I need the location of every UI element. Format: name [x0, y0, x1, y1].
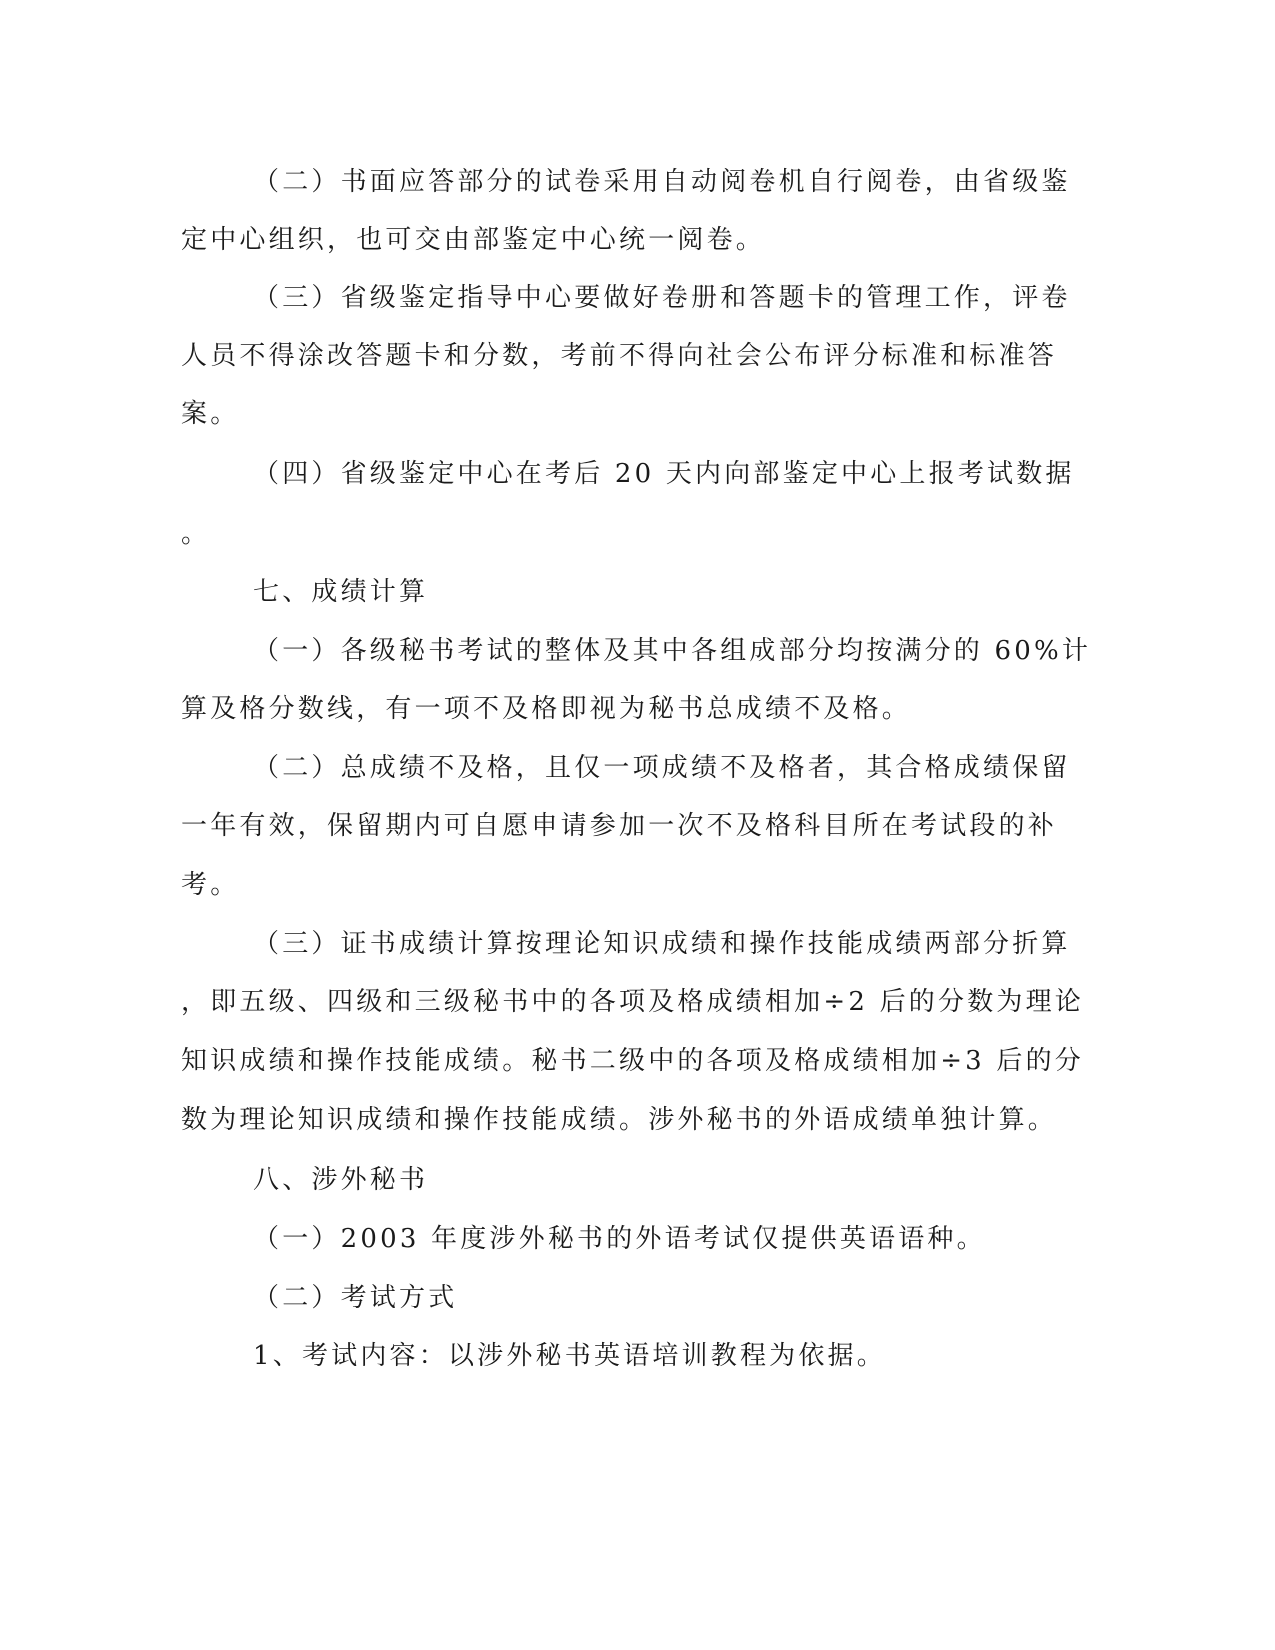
text-line: 定中心组织，也可交由部鉴定中心统一阅卷。 — [181, 220, 1026, 260]
text-line: （二）书面应答部分的试卷采用自动阅卷机自行阅卷，由省级鉴 — [253, 162, 1026, 202]
document-page: （二）书面应答部分的试卷采用自动阅卷机自行阅卷，由省级鉴 定中心组织，也可交由部… — [0, 0, 1275, 1650]
section-heading: 八、涉外秘书 — [253, 1160, 1026, 1200]
text-line: 人员不得涂改答题卡和分数，考前不得向社会公布评分标准和标准答 — [181, 336, 1026, 376]
text-line: ，即五级、四级和三级秘书中的各项及格成绩相加÷2 后的分数为理论 — [181, 982, 1026, 1022]
text-line: 数为理论知识成绩和操作技能成绩。涉外秘书的外语成绩单独计算。 — [181, 1100, 1026, 1140]
text-line: （二）总成绩不及格，且仅一项成绩不及格者，其合格成绩保留 — [253, 748, 1026, 788]
section-heading: 七、成绩计算 — [253, 572, 1026, 612]
text-line: 案。 — [181, 394, 1026, 434]
text-line: （三）证书成绩计算按理论知识成绩和操作技能成绩两部分折算 — [253, 924, 1026, 964]
subsection-heading: （二）考试方式 — [253, 1278, 1026, 1318]
text-line: （一）2003 年度涉外秘书的外语考试仅提供英语语种。 — [253, 1219, 1026, 1259]
text-line: （四）省级鉴定中心在考后 20 天内向部鉴定中心上报考试数据 — [253, 454, 1026, 494]
text-line: （一）各级秘书考试的整体及其中各组成部分均按满分的 60%计 — [253, 631, 1026, 671]
text-line: 算及格分数线，有一项不及格即视为秘书总成绩不及格。 — [181, 689, 1026, 729]
text-line: 1、考试内容：以涉外秘书英语培训教程为依据。 — [253, 1336, 1026, 1376]
text-line: 考。 — [181, 865, 1026, 905]
text-line: 。 — [181, 514, 1026, 554]
text-line: （三）省级鉴定指导中心要做好卷册和答题卡的管理工作，评卷 — [253, 278, 1026, 318]
text-line: 知识成绩和操作技能成绩。秘书二级中的各项及格成绩相加÷3 后的分 — [181, 1041, 1026, 1081]
text-line: 一年有效，保留期内可自愿申请参加一次不及格科目所在考试段的补 — [181, 806, 1026, 846]
